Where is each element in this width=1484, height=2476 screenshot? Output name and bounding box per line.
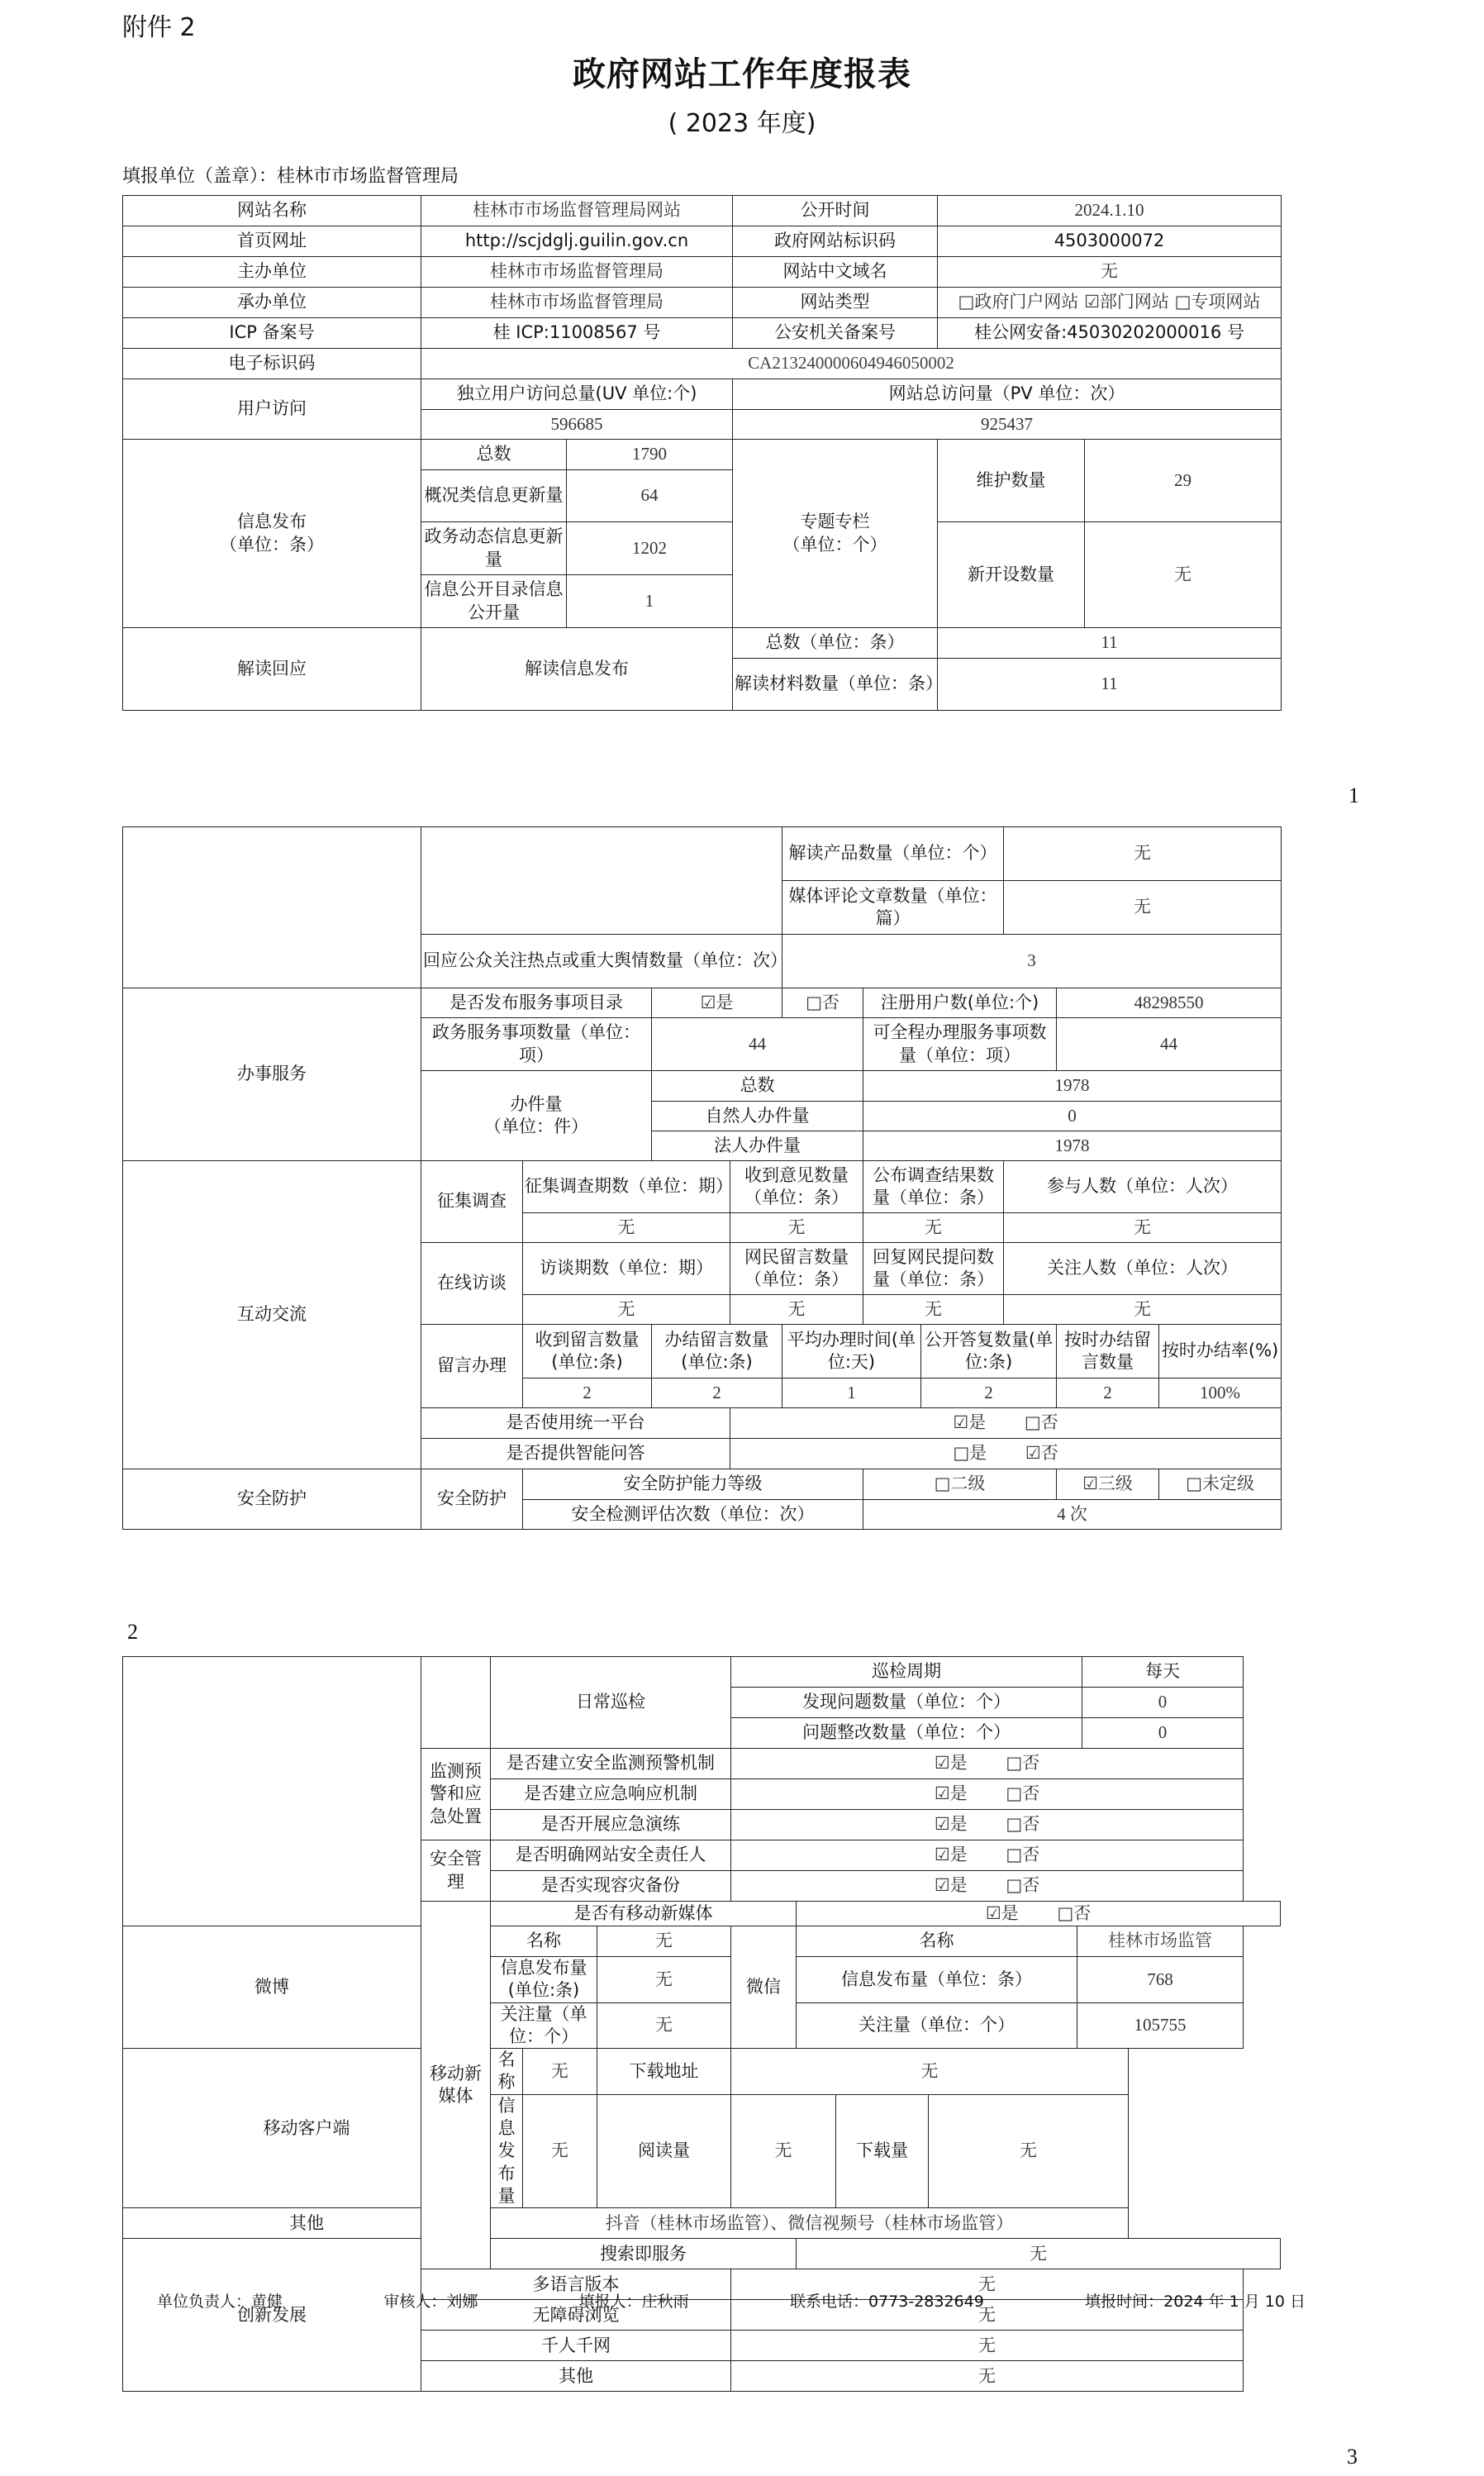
app-name-value: 无 [523, 2049, 597, 2095]
page-number-1: 1 [1348, 783, 1359, 808]
interpret-label: 解读回应 [123, 628, 421, 711]
fixed-issues-value: 0 [1082, 1718, 1244, 1749]
monitor-1-no-checkbox[interactable]: □否 [1006, 1753, 1039, 1773]
weibo-posts-value: 无 [597, 1957, 731, 2003]
interview-header-4: 关注人数（单位：人次） [1004, 1243, 1282, 1295]
survey-value-3: 无 [863, 1213, 1004, 1243]
innovation-label: 创新发展 [123, 2239, 421, 2392]
legal-person-value: 1978 [863, 1131, 1282, 1161]
site-type-portal-checkbox[interactable]: □政府门户网站 [958, 292, 1079, 312]
disclosure-label: 信息公开目录信息公开量 [421, 575, 567, 628]
catalog-no-checkbox[interactable]: □否 [782, 988, 863, 1018]
home-url-label: 首页网址 [123, 226, 421, 257]
sponsor-label: 主办单位 [123, 257, 421, 288]
has-media-no-checkbox[interactable]: □否 [1057, 1903, 1091, 1923]
wechat-posts-label: 信息发布量（单位：条） [797, 1957, 1077, 2003]
monitor-row-2-options: ☑是 □否 [731, 1779, 1244, 1810]
mgmt-label: 安全管理 [421, 1840, 491, 1902]
found-issues-label: 发现问题数量（单位：个） [731, 1688, 1082, 1718]
site-name-value: 桂林市市场监督管理局网站 [421, 196, 733, 226]
smart-qa-yes-checkbox[interactable]: □是 [953, 1443, 987, 1463]
weibo-name-label: 名称 [491, 1926, 597, 1957]
messages-header-3: 平均办理时间(单位:天) [782, 1325, 921, 1378]
survey-header-2: 收到意见数量（单位：条） [730, 1161, 863, 1213]
info-total-value: 1790 [567, 440, 733, 470]
security-level-none-checkbox[interactable]: □未定级 [1159, 1469, 1282, 1500]
interview-header-1: 访谈期数（单位：期） [523, 1243, 730, 1295]
smart-qa-options: □是 ☑否 [730, 1439, 1282, 1469]
messages-value-5: 2 [1057, 1378, 1159, 1408]
full-items-value: 44 [1057, 1018, 1282, 1071]
operator-value: 桂林市市场监督管理局 [421, 288, 733, 318]
page-title: 政府网站工作年度报表 [0, 48, 1484, 95]
messages-header-5: 按时办结留言数量 [1057, 1325, 1159, 1378]
has-media-label: 是否有移动新媒体 [491, 1902, 797, 1926]
interpret-continued [123, 827, 421, 988]
fixed-issues-label: 问题整改数量（单位：个） [731, 1718, 1082, 1749]
survey-value-2: 无 [730, 1213, 863, 1243]
service-items-value: 44 [652, 1018, 863, 1071]
police-label: 公安机关备案号 [733, 318, 938, 349]
innovation-row-4-label: 千人千网 [421, 2331, 731, 2361]
natural-person-value: 0 [863, 1102, 1282, 1131]
interview-value-3: 无 [863, 1295, 1004, 1325]
monitor-3-yes-checkbox[interactable]: ☑是 [935, 1814, 968, 1834]
security-level-label: 安全防护能力等级 [523, 1469, 863, 1500]
monitor-1-yes-checkbox[interactable]: ☑是 [935, 1753, 968, 1773]
mgmt-row-2-options: ☑是 □否 [731, 1871, 1244, 1902]
uv-value: 596685 [421, 410, 733, 440]
user-visits-label: 用户访问 [123, 379, 421, 440]
messages-value-1: 2 [523, 1378, 652, 1408]
overview-update-value: 64 [567, 470, 733, 522]
reg-users-value: 48298550 [1057, 988, 1282, 1018]
messages-header-4: 公开答复数量(单位:条) [921, 1325, 1057, 1378]
innovation-row-4-value: 无 [731, 2331, 1244, 2361]
has-media-options: ☑是 □否 [797, 1902, 1281, 1926]
wechat-name-value: 桂林市场监管 [1077, 1926, 1244, 1957]
info-total-label: 总数 [421, 440, 567, 470]
sponsor-value: 桂林市市场监督管理局 [421, 257, 733, 288]
innovation-row-1-value: 无 [797, 2239, 1281, 2269]
cases-label: 办件量 （单位：件） [421, 1071, 652, 1161]
interpret-product-label: 解读产品数量（单位：个） [782, 827, 1004, 881]
app-posts-label: 信息发布量 [491, 2094, 523, 2207]
etag-value: CA213240000604946050002 [421, 349, 1282, 379]
footer-filler: 填报人：庄秋雨 [579, 2289, 689, 2312]
interaction-label: 互动交流 [123, 1161, 421, 1469]
mgmt-2-yes-checkbox[interactable]: ☑是 [935, 1875, 968, 1895]
open-time-label: 公开时间 [733, 196, 938, 226]
wechat-name-label: 名称 [797, 1926, 1077, 1957]
mgmt-row-1-options: ☑是 □否 [731, 1840, 1244, 1871]
site-name-label: 网站名称 [123, 196, 421, 226]
interpret-publish-continued [421, 827, 782, 935]
monitor-row-1-label: 是否建立安全监测预警机制 [491, 1749, 731, 1779]
mgmt-row-2-label: 是否实现容灾备份 [491, 1871, 731, 1902]
security-level-2-checkbox[interactable]: □二级 [863, 1469, 1057, 1500]
monitor-3-no-checkbox[interactable]: □否 [1006, 1814, 1039, 1834]
unified-yes-checkbox[interactable]: ☑是 [953, 1412, 986, 1432]
catalog-label: 是否发布服务事项目录 [421, 988, 652, 1018]
interpret-total-value: 11 [938, 628, 1282, 659]
smart-qa-label: 是否提供智能问答 [421, 1439, 730, 1469]
survey-value-4: 无 [1004, 1213, 1282, 1243]
innovation-row-5-label: 其他 [421, 2361, 731, 2392]
wechat-followers-label: 关注量（单位：个） [797, 2002, 1077, 2049]
monitor-row-3-options: ☑是 □否 [731, 1810, 1244, 1840]
new-special-label: 新开设数量 [938, 522, 1085, 628]
messages-header-2: 办结留言数量(单位:条) [652, 1325, 782, 1378]
gov-news-label: 政务动态信息更新量 [421, 522, 567, 575]
uv-label: 独立用户访问总量(UV 单位:个) [421, 379, 733, 410]
survey-label: 征集调查 [421, 1161, 523, 1243]
interview-header-2: 网民留言数量（单位：条） [730, 1243, 863, 1295]
info-publish-label: 信息发布 （单位：条） [123, 440, 421, 628]
signature-footer: 单位负责人：黄健 审核人：刘娜 填报人：庄秋雨 联系电话：0773-283264… [157, 2289, 1306, 2312]
site-id-label: 政府网站标识码 [733, 226, 938, 257]
media-review-value: 无 [1004, 881, 1282, 935]
monitor-label: 监测预警和应急处置 [421, 1749, 491, 1840]
app-downloads-label: 下载量 [836, 2094, 929, 2207]
site-type-dept-checkbox[interactable]: ☑部门网站 [1084, 292, 1169, 312]
filler-unit: 填报单位（盖章）：桂林市市场监督管理局 [122, 162, 459, 188]
weibo-followers-label: 关注量（单位：个） [491, 2002, 597, 2049]
mgmt-2-no-checkbox[interactable]: □否 [1006, 1875, 1039, 1895]
security-level-3-checkbox[interactable]: ☑三级 [1057, 1469, 1159, 1500]
special-column-label: 专题专栏 （单位：个） [733, 440, 938, 628]
interpret-material-label: 解读材料数量（单位：条） [733, 659, 938, 711]
smart-qa-no-checkbox[interactable]: ☑否 [1025, 1443, 1058, 1463]
unified-no-checkbox[interactable]: □否 [1025, 1412, 1058, 1432]
mgmt-row-1-label: 是否明确网站安全责任人 [491, 1840, 731, 1871]
security-eval-label: 安全检测评估次数（单位：次） [523, 1500, 863, 1530]
cn-domain-value: 无 [938, 257, 1282, 288]
interpret-total-label: 总数（单位：条） [733, 628, 938, 659]
new-special-value: 无 [1085, 522, 1282, 628]
app-dl-addr-label: 下载地址 [597, 2049, 731, 2095]
home-url-value: http://scjdglj.guilin.gov.cn [421, 226, 733, 257]
page-number-2: 2 [127, 1620, 138, 1645]
weibo-label: 微博 [123, 1926, 421, 2049]
innovation-row-1-label: 搜索即服务 [491, 2239, 797, 2269]
weibo-posts-label: 信息发布量(单位:条) [491, 1957, 597, 2003]
interpret-publish-label: 解读信息发布 [421, 628, 733, 711]
disclosure-value: 1 [567, 575, 733, 628]
survey-header-1: 征集调查期数（单位：期） [523, 1161, 730, 1213]
site-type-special-checkbox[interactable]: □专项网站 [1175, 292, 1261, 312]
interpret-product-value: 无 [1004, 827, 1282, 881]
reg-users-label: 注册用户数(单位:个) [863, 988, 1057, 1018]
wechat-followers-value: 105755 [1077, 2002, 1244, 2049]
messages-value-3: 1 [782, 1378, 921, 1408]
messages-value-4: 2 [921, 1378, 1057, 1408]
messages-value-6: 100% [1159, 1378, 1282, 1408]
report-table-page2: 解读产品数量（单位：个） 无 媒体评论文章数量（单位：篇） 无 回应公众关注热点… [122, 826, 1282, 1530]
hot-response-value: 3 [782, 935, 1282, 988]
messages-header-1: 收到留言数量(单位:条) [523, 1325, 652, 1378]
etag-label: 电子标识码 [123, 349, 421, 379]
patrol-label: 日常巡检 [491, 1657, 731, 1749]
media-other-value: 抖音（桂林市场监管）、微信视频号（桂林市场监管） [491, 2208, 1129, 2239]
survey-header-3: 公布调查结果数量（单位：条） [863, 1161, 1004, 1213]
security-continued [123, 1657, 421, 1926]
footer-phone: 联系电话：0773-2832649 [790, 2289, 984, 2312]
hot-response-label: 回应公众关注热点或重大舆情数量（单位：次） [421, 935, 782, 988]
monitor-row-3-label: 是否开展应急演练 [491, 1810, 731, 1840]
patrol-cycle-label: 巡检周期 [731, 1657, 1082, 1688]
icp-label: ICP 备案号 [123, 318, 421, 349]
operator-label: 承办单位 [123, 288, 421, 318]
footer-head: 单位负责人：黄健 [157, 2289, 283, 2312]
footer-reviewer: 审核人：刘娜 [383, 2289, 478, 2312]
legal-person-label: 法人办件量 [652, 1131, 863, 1161]
police-value: 桂公网安备:45030202000016 号 [938, 318, 1282, 349]
app-downloads-value: 无 [929, 2094, 1129, 2207]
weibo-name-value: 无 [597, 1926, 731, 1957]
media-other-label: 其他 [123, 2208, 491, 2239]
mgmt-1-no-checkbox[interactable]: □否 [1006, 1845, 1039, 1864]
report-year: ( 2023 年度) [0, 102, 1484, 139]
mgmt-1-yes-checkbox[interactable]: ☑是 [935, 1845, 968, 1864]
interview-value-2: 无 [730, 1295, 863, 1325]
pv-value: 925437 [733, 410, 1282, 440]
cn-domain-label: 网站中文域名 [733, 257, 938, 288]
open-time-value: 2024.1.10 [938, 196, 1282, 226]
wechat-posts-value: 768 [1077, 1957, 1244, 2003]
security-sub-label: 安全防护 [421, 1469, 523, 1530]
site-id-value: 4503000072 [938, 226, 1282, 257]
overview-update-label: 概况类信息更新量 [421, 470, 567, 522]
site-type-options: □政府门户网站 ☑部门网站 □专项网站 [938, 288, 1282, 318]
app-dl-addr-value: 无 [731, 2049, 1129, 2095]
wechat-label: 微信 [731, 1926, 797, 2049]
innovation-row-5-value: 无 [731, 2361, 1244, 2392]
security-label: 安全防护 [123, 1469, 421, 1530]
has-media-yes-checkbox[interactable]: ☑是 [986, 1903, 1019, 1923]
footer-date: 填报时间：2024 年 1 月 10 日 [1085, 2289, 1306, 2312]
monitor-2-no-checkbox[interactable]: □否 [1006, 1783, 1039, 1803]
site-type-label: 网站类型 [733, 288, 938, 318]
monitor-row-1-options: ☑是 □否 [731, 1749, 1244, 1779]
unified-platform-label: 是否使用统一平台 [421, 1408, 730, 1439]
monitor-row-2-label: 是否建立应急响应机制 [491, 1779, 731, 1810]
report-table-page3: 日常巡检 巡检周期 每天 发现问题数量（单位：个） 0 问题整改数量（单位：个）… [122, 1656, 1281, 2392]
monitor-2-yes-checkbox[interactable]: ☑是 [935, 1783, 968, 1803]
full-items-label: 可全程办理服务事项数量（单位：项） [863, 1018, 1057, 1071]
services-label: 办事服务 [123, 988, 421, 1161]
attachment-label: 附件 2 [122, 7, 196, 43]
icp-value: 桂 ICP:11008567 号 [421, 318, 733, 349]
app-name-label: 名称 [491, 2049, 523, 2095]
service-items-label: 政务服务事项数量（单位：项） [421, 1018, 652, 1071]
natural-person-label: 自然人办件量 [652, 1102, 863, 1131]
patrol-blank [421, 1657, 491, 1749]
patrol-cycle-value: 每天 [1082, 1657, 1244, 1688]
unified-platform-options: ☑是 □否 [730, 1408, 1282, 1439]
pv-label: 网站总访问量（PV 单位：次） [733, 379, 1282, 410]
gov-news-value: 1202 [567, 522, 733, 575]
security-eval-value: 4 次 [863, 1500, 1282, 1530]
maintain-value: 29 [1085, 440, 1282, 522]
survey-header-4: 参与人数（单位：人次） [1004, 1161, 1282, 1213]
survey-value-1: 无 [523, 1213, 730, 1243]
found-issues-value: 0 [1082, 1688, 1244, 1718]
report-table-page1: 网站名称 桂林市市场监督管理局网站 公开时间 2024.1.10 首页网址 ht… [122, 195, 1282, 711]
app-reads-value: 无 [731, 2094, 836, 2207]
interview-value-1: 无 [523, 1295, 730, 1325]
cases-total-label: 总数 [652, 1071, 863, 1102]
interview-value-4: 无 [1004, 1295, 1282, 1325]
messages-label: 留言办理 [421, 1325, 523, 1408]
maintain-label: 维护数量 [938, 440, 1085, 522]
catalog-yes-checkbox[interactable]: ☑是 [652, 988, 782, 1018]
messages-value-2: 2 [652, 1378, 782, 1408]
weibo-followers-value: 无 [597, 2002, 731, 2049]
page-number-3: 3 [1347, 2445, 1358, 2469]
messages-header-6: 按时办结率(%) [1159, 1325, 1282, 1378]
media-review-label: 媒体评论文章数量（单位：篇） [782, 881, 1004, 935]
interview-header-3: 回复网民提问数量（单位：条） [863, 1243, 1004, 1295]
app-posts-value: 无 [523, 2094, 597, 2207]
interview-label: 在线访谈 [421, 1243, 523, 1325]
app-reads-label: 阅读量 [597, 2094, 731, 2207]
interpret-material-value: 11 [938, 659, 1282, 711]
cases-total-value: 1978 [863, 1071, 1282, 1102]
